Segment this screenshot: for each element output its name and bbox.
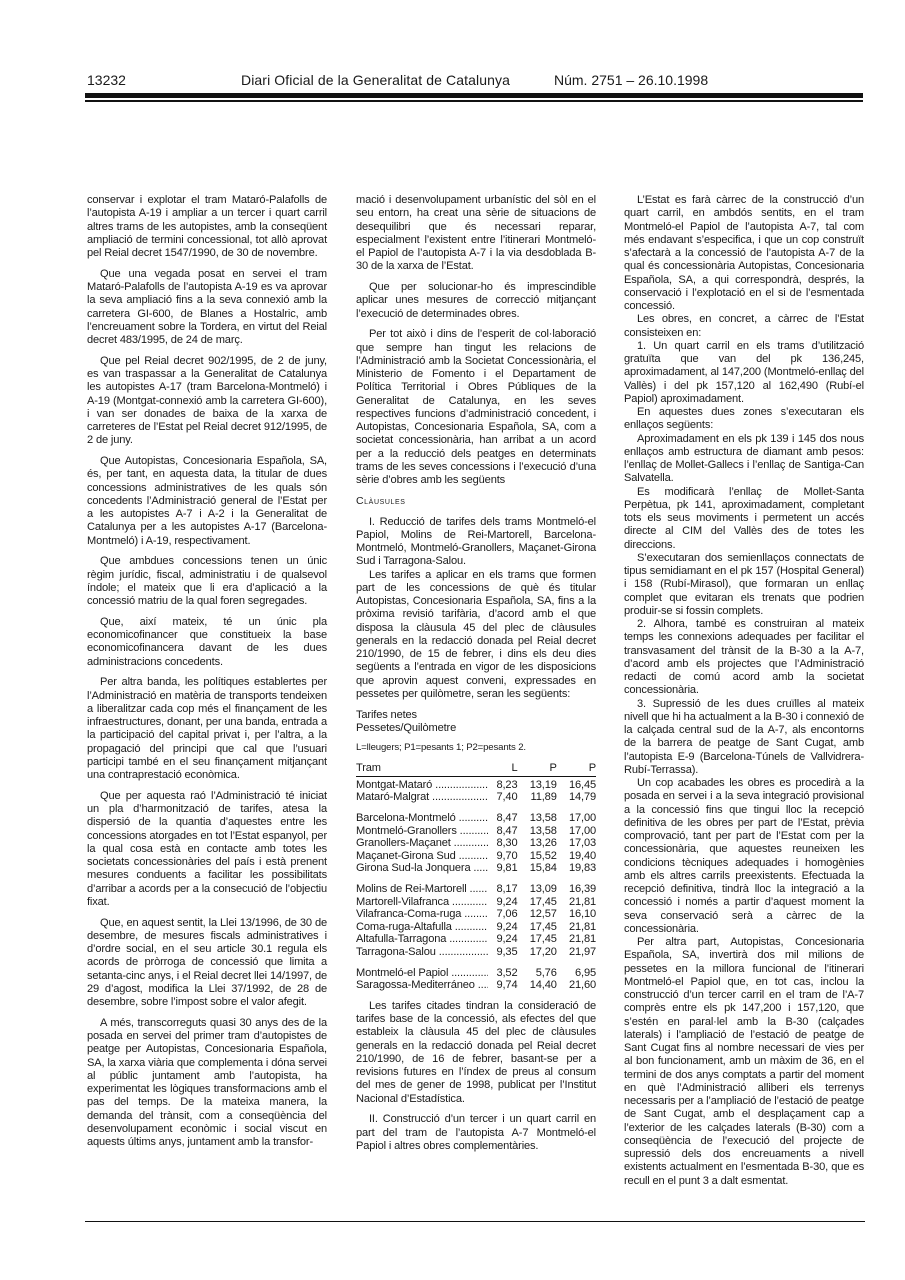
p2-cell: 21,81 — [557, 896, 596, 909]
tram-cell: Saragossa-Mediterráneo .................… — [356, 979, 488, 992]
p2-cell: 19,40 — [557, 850, 596, 863]
page-header: 13232 Diari Oficial de la Generalitat de… — [87, 70, 862, 92]
column-header-p1: P — [517, 762, 556, 776]
paragraph: Per tot això i dins de l’esperit de col·… — [356, 328, 596, 487]
table-row: Barcelona-Montmeló .....................… — [356, 804, 596, 825]
table-row: Tarragona-Salou ........................… — [356, 946, 596, 959]
table-row: Girona Sud-la Jonquera .................… — [356, 862, 596, 875]
tram-cell: Molins de Rei-Martorell ................… — [356, 875, 488, 896]
l-cell: 7,40 — [488, 791, 517, 804]
tram-cell: Montgat-Mataró .........................… — [356, 776, 488, 791]
paragraph: 1. Un quart carril en els trams d’utilit… — [624, 340, 864, 406]
l-cell: 9,81 — [488, 862, 517, 875]
p1-cell: 15,84 — [517, 862, 556, 875]
l-cell: 9,70 — [488, 850, 517, 863]
paragraph: Per altra part, Autopistas, Concesionari… — [624, 936, 864, 1188]
paragraph: Aproximadament en els pk 139 i 145 dos n… — [624, 433, 864, 486]
p2-cell: 16,39 — [557, 875, 596, 896]
l-cell: 7,06 — [488, 908, 517, 921]
p1-cell: 13,09 — [517, 875, 556, 896]
table-row: Molins de Rei-Martorell ................… — [356, 875, 596, 896]
page-number: 13232 — [87, 72, 126, 88]
p2-cell: 19,83 — [557, 862, 596, 875]
p1-cell: 13,58 — [517, 804, 556, 825]
tariff-table: Tram L P P Montgat-Mataró ..............… — [356, 762, 596, 992]
table-row: Mataró-Malgrat .........................… — [356, 791, 596, 804]
table-row: Altafulla-Tarragona ....................… — [356, 933, 596, 946]
tram-cell: Altafulla-Tarragona ....................… — [356, 933, 488, 946]
issue-date: Núm. 2751 – 26.10.1998 — [554, 72, 708, 88]
p2-cell: 21,81 — [557, 921, 596, 934]
paragraph: S’executaran dos semienllaços connectats… — [624, 552, 864, 618]
table-row: Montgat-Mataró .........................… — [356, 776, 596, 791]
paragraph: Que pel Reial decret 902/1995, de 2 de j… — [87, 355, 327, 448]
p1-cell: 17,45 — [517, 921, 556, 934]
p1-cell: 12,57 — [517, 908, 556, 921]
l-cell: 8,23 — [488, 776, 517, 791]
p2-cell: 6,95 — [557, 959, 596, 980]
column-3: L’Estat es farà càrrec de la construcció… — [624, 194, 864, 1188]
paragraph: A més, transcorreguts quasi 30 anys des … — [87, 1017, 327, 1150]
l-cell: 9,24 — [488, 896, 517, 909]
paragraph: L’Estat es farà càrrec de la construcció… — [624, 194, 864, 313]
p1-cell: 14,40 — [517, 979, 556, 992]
p1-cell: 17,45 — [517, 896, 556, 909]
header-rule-thick — [85, 93, 863, 98]
p1-cell: 15,52 — [517, 850, 556, 863]
p1-cell: 17,20 — [517, 946, 556, 959]
tram-cell: Montmeló-Granollers ....................… — [356, 825, 488, 838]
tram-cell: Coma-ruga-Altafulla ....................… — [356, 921, 488, 934]
p2-cell: 17,00 — [557, 804, 596, 825]
table-row: Vilafranca-Coma-ruga ...................… — [356, 908, 596, 921]
p2-cell: 16,45 — [557, 776, 596, 791]
column-1: conservar i explotar el tram Mataró-Pala… — [87, 194, 327, 1157]
p1-cell: 5,76 — [517, 959, 556, 980]
tram-cell: Montmeló-el Papiol .....................… — [356, 959, 488, 980]
column-2: mació i desenvolupament urbanístic del s… — [356, 194, 596, 1161]
paragraph: Es modificarà l’enllaç de Mollet-Santa P… — [624, 486, 864, 552]
paragraph: Per altra banda, les polítiques establer… — [87, 676, 327, 782]
paragraph: Que per solucionar-ho és imprescindible … — [356, 281, 596, 321]
column-header-l: L — [488, 762, 517, 776]
paragraph: 3. Supressió de les dues cruïlles al mat… — [624, 698, 864, 778]
p2-cell: 16,10 — [557, 908, 596, 921]
p2-cell: 17,03 — [557, 837, 596, 850]
l-cell: 8,47 — [488, 825, 517, 838]
journal-title: Diari Oficial de la Generalitat de Catal… — [241, 72, 510, 88]
l-cell: 8,17 — [488, 875, 517, 896]
paragraph: conservar i explotar el tram Mataró-Pala… — [87, 194, 327, 260]
tram-cell: Vilafranca-Coma-ruga ...................… — [356, 908, 488, 921]
table-row: Saragossa-Mediterráneo .................… — [356, 979, 596, 992]
table-caption-title: Tarifes netes — [356, 709, 596, 722]
l-cell: 9,74 — [488, 979, 517, 992]
l-cell: 9,24 — [488, 921, 517, 934]
paragraph: Les tarifes citades tindran la considera… — [356, 1000, 596, 1106]
paragraph: Que ambdues concessions tenen un únic rè… — [87, 555, 327, 608]
p2-cell: 21,97 — [557, 946, 596, 959]
paragraph: Les obres, en concret, a càrrec de l’Est… — [624, 313, 864, 340]
table-row: Coma-ruga-Altafulla ....................… — [356, 921, 596, 934]
p1-cell: 11,89 — [517, 791, 556, 804]
tram-cell: Maçanet-Girona Sud .....................… — [356, 850, 488, 863]
p2-cell: 21,81 — [557, 933, 596, 946]
l-cell: 8,47 — [488, 804, 517, 825]
p1-cell: 13,26 — [517, 837, 556, 850]
tram-cell: Granollers-Maçanet .....................… — [356, 837, 488, 850]
table-row: Montmeló-Granollers ....................… — [356, 825, 596, 838]
tariff-table-body: Montgat-Mataró .........................… — [356, 776, 596, 991]
l-cell: 8,30 — [488, 837, 517, 850]
column-header-p2: P — [557, 762, 596, 776]
tram-cell: Girona Sud-la Jonquera .................… — [356, 862, 488, 875]
table-row: Montmeló-el Papiol .....................… — [356, 959, 596, 980]
p1-cell: 13,58 — [517, 825, 556, 838]
paragraph: En aquestes dues zones s’executaran els … — [624, 406, 864, 433]
p1-cell: 13,19 — [517, 776, 556, 791]
clause-1-title: I. Reducció de tarifes dels trams Montme… — [356, 516, 596, 569]
paragraph: Un cop acabades les obres es procedirà a… — [624, 777, 864, 936]
paragraph: Que per aquesta raó l’Administració té i… — [87, 790, 327, 909]
table-legend: L=lleugers; P1=pesants 1; P2=pesants 2. — [356, 741, 596, 754]
paragraph: Que Autopistas, Concesionaria Española, … — [87, 455, 327, 548]
table-row: Maçanet-Girona Sud .....................… — [356, 850, 596, 863]
p2-cell: 17,00 — [557, 825, 596, 838]
l-cell: 9,35 — [488, 946, 517, 959]
section-heading-clausules: Clàusules — [356, 495, 596, 508]
paragraph: Que, en aquest sentit, la Llei 13/1996, … — [87, 917, 327, 1010]
column-header-tram: Tram — [356, 762, 488, 776]
paragraph: 2. Alhora, també es construiran al matei… — [624, 618, 864, 698]
p2-cell: 14,79 — [557, 791, 596, 804]
tram-cell: Tarragona-Salou ........................… — [356, 946, 488, 959]
paragraph: Que una vegada posat en servei el tram M… — [87, 268, 327, 348]
paragraph: Que, així mateix, té un únic pla economi… — [87, 616, 327, 669]
tram-cell: Mataró-Malgrat .........................… — [356, 791, 488, 804]
paragraph: mació i desenvolupament urbanístic del s… — [356, 194, 596, 274]
tram-cell: Barcelona-Montmeló .....................… — [356, 804, 488, 825]
table-row: Martorell-Vilafranca ...................… — [356, 896, 596, 909]
p1-cell: 17,45 — [517, 933, 556, 946]
table-caption-units: Pessetes/Quilòmetre — [356, 722, 596, 735]
tram-cell: Martorell-Vilafranca ...................… — [356, 896, 488, 909]
l-cell: 3,52 — [488, 959, 517, 980]
footer-rule — [85, 1221, 865, 1222]
header-rule-thin — [85, 100, 863, 102]
table-row: Granollers-Maçanet .....................… — [356, 837, 596, 850]
clause-2-title: II. Construcció d’un tercer i un quart c… — [356, 1113, 596, 1153]
p2-cell: 21,60 — [557, 979, 596, 992]
clause-1-text: Les tarifes a aplicar en els trams que f… — [356, 569, 596, 702]
l-cell: 9,24 — [488, 933, 517, 946]
